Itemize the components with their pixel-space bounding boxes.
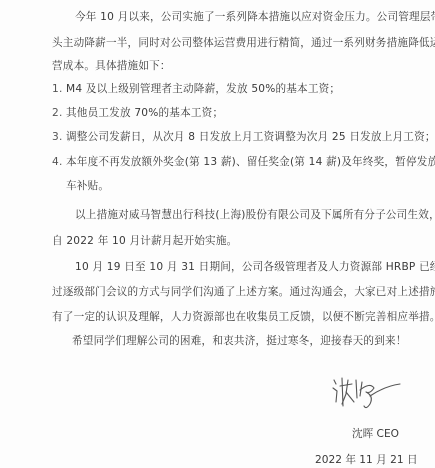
measure-item-1: 1.M4 及以上级别管理者主动降薪，发放 50%的基本工资；: [52, 82, 340, 96]
paragraph-3-line-3: 有了一定的认识及理解，人力资源部也在收集员工反馈，以便不断完善相应举措。: [52, 310, 435, 324]
paragraph-3-line-1: 10 月 19 日至 10 月 31 日期间，公司各级管理者及人力资源部 HRB…: [75, 260, 435, 274]
paragraph-2-line-2: 自 2022 年 10 月计薪月起开始实施。: [52, 234, 237, 248]
measure-number: 4.: [52, 155, 66, 169]
measure-text: 其他员工发放 70%的基本工资；: [66, 107, 223, 119]
measure-text: M4 及以上级别管理者主动降薪，发放 50%的基本工资；: [66, 83, 340, 95]
measure-text: 本年度不再发放额外奖金(第 13 薪)、留任奖金(第 14 薪)及年终奖，暂停发…: [66, 156, 435, 168]
measure-item-4-continuation: 车补贴。: [66, 179, 109, 193]
signature-date: 2022 年 11 月 21 日: [315, 452, 418, 467]
paragraph-3-line-2: 过逐级部门会议的方式与同学们沟通了上述方案。通过沟通会，大家已对上述措施: [52, 285, 435, 299]
measure-item-4: 4.本年度不再发放额外奖金(第 13 薪)、留任奖金(第 14 薪)及年终奖，暂…: [52, 155, 435, 169]
measure-item-3: 3.调整公司发薪日，从次月 8 日发放上月工资调整为次月 25 日发放上月工资；: [52, 130, 435, 144]
paragraph-1-line-3: 营成本。具体措施如下：: [52, 59, 171, 73]
measure-number: 3.: [52, 130, 66, 144]
closing-line: 希望同学们理解公司的困难，和衷共济，挺过寒冬，迎接春天的到来！: [72, 334, 407, 348]
paragraph-1-line-2: 头主动降薪一半，同时对公司整体运营费用进行精简，通过一系列财务措施降低运: [52, 36, 435, 50]
measure-item-2: 2.其他员工发放 70%的基本工资；: [52, 106, 223, 120]
paragraph-2-line-1: 以上措施对威马智慧出行科技(上海)股份有限公司及下属所有分子公司生效，: [75, 208, 435, 222]
handwritten-signature-icon: [330, 372, 410, 412]
measure-number: 1.: [52, 82, 66, 96]
paragraph-1-line-1: 今年 10 月以来，公司实施了一系列降本措施以应对资金压力。公司管理层带: [75, 10, 435, 24]
measure-text: 调整公司发薪日，从次月 8 日发放上月工资调整为次月 25 日发放上月工资；: [66, 131, 435, 143]
signatory-name-title: 沈晖 CEO: [352, 426, 399, 441]
document-page: 今年 10 月以来，公司实施了一系列降本措施以应对资金压力。公司管理层带 头主动…: [0, 0, 435, 468]
measure-number: 2.: [52, 106, 66, 120]
